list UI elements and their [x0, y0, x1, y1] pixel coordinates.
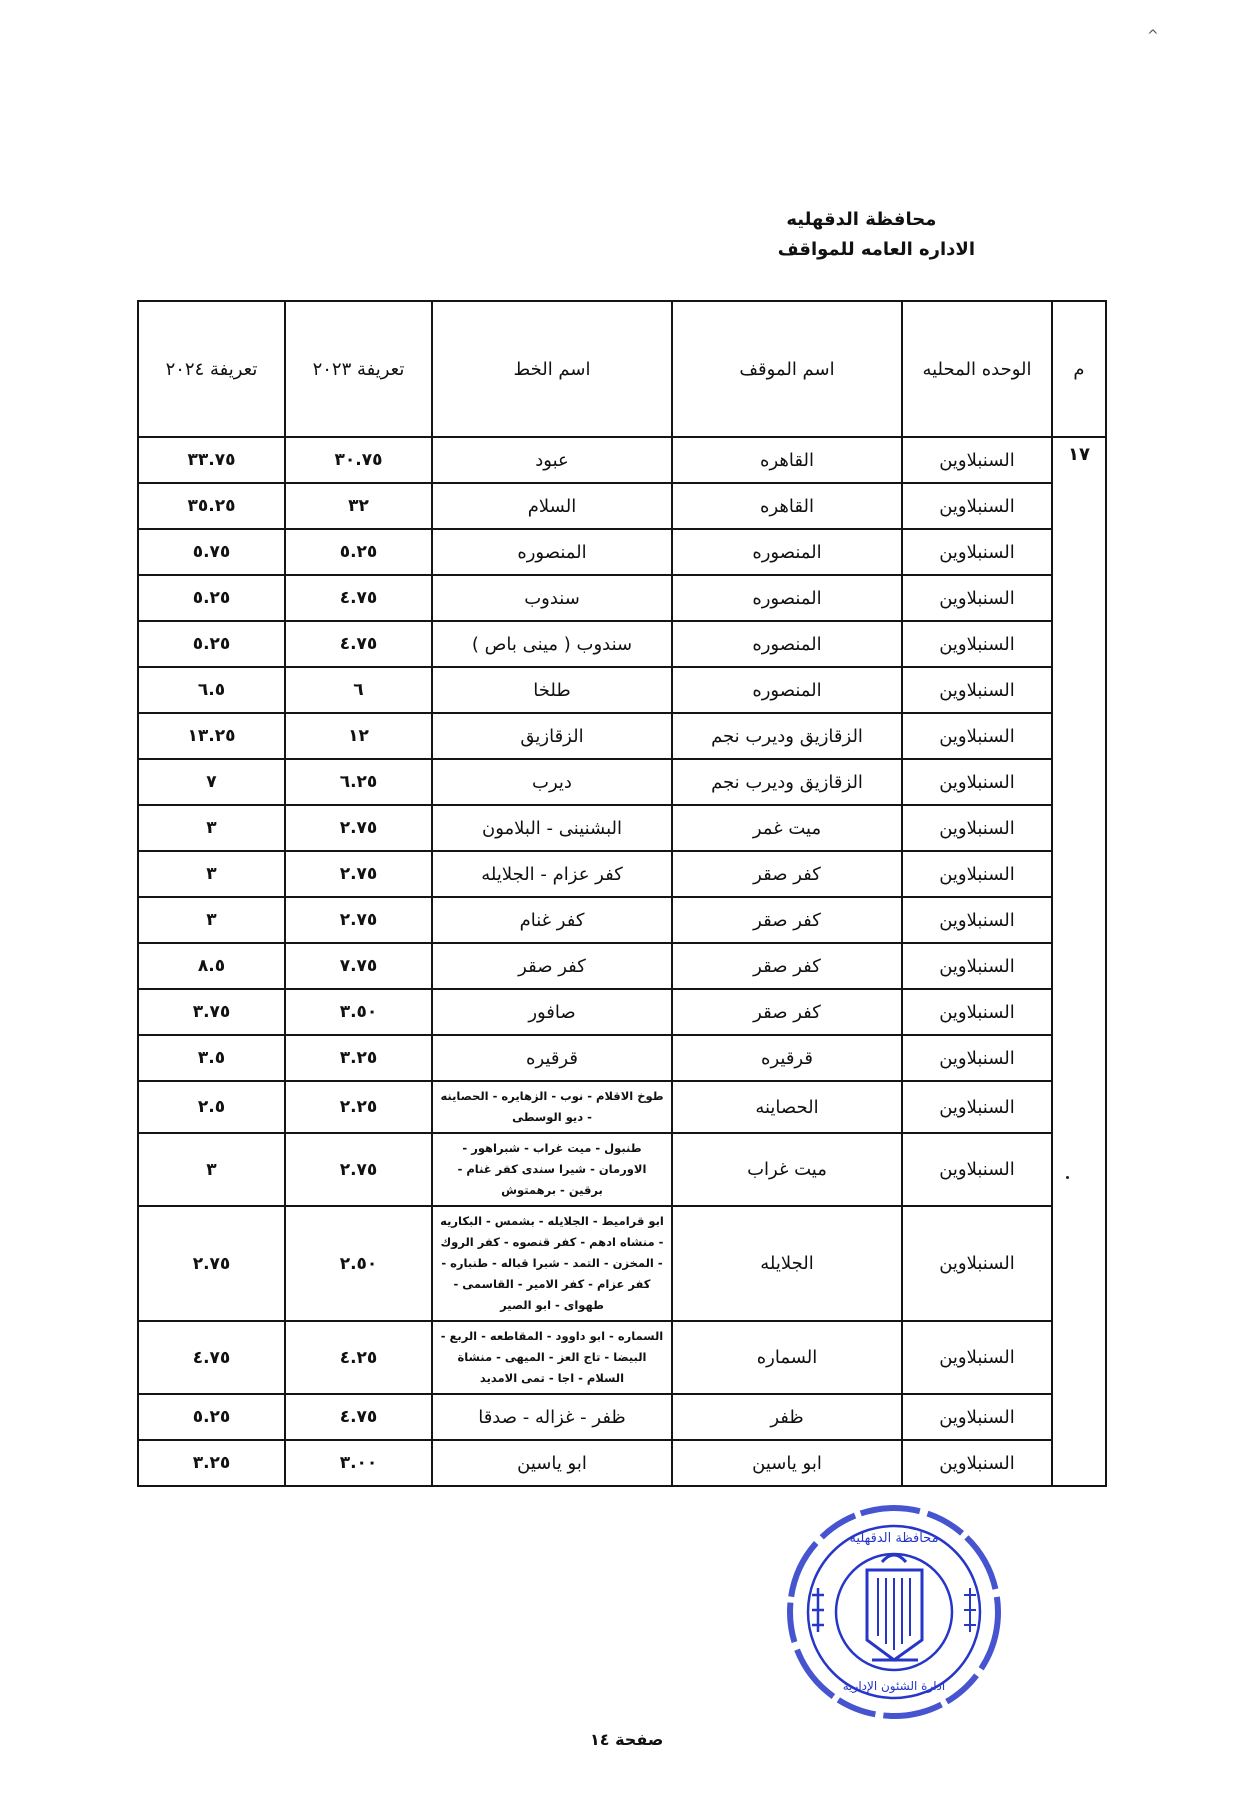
tariff-2024-cell: ٤.٧٥ — [138, 1321, 285, 1394]
tariff-2023-cell: ٣٢ — [285, 483, 432, 529]
stop-name-cell: الحصاينه — [672, 1081, 902, 1133]
tariff-2024-cell: ٦.٥ — [138, 667, 285, 713]
tariff-2024-cell: ٣٥.٢٥ — [138, 483, 285, 529]
tariff-2024-cell: ١٣.٢٥ — [138, 713, 285, 759]
stop-name-cell: كفر صقر — [672, 989, 902, 1035]
stop-name-cell: الجلايله — [672, 1206, 902, 1321]
department-title: الاداره العامه للمواقف — [778, 235, 975, 265]
tariff-2024-cell: ٣.٢٥ — [138, 1440, 285, 1486]
stop-name-cell: السماره — [672, 1321, 902, 1394]
stray-dot — [1066, 1176, 1069, 1179]
stop-name-cell: المنصوره — [672, 529, 902, 575]
tariff-2023-cell: ٢.٧٥ — [285, 851, 432, 897]
local-unit-cell: السنبلاوين — [902, 1081, 1052, 1133]
scan-mark: ^ — [1147, 28, 1159, 44]
tariff-2024-cell: ٥.٢٥ — [138, 621, 285, 667]
local-unit-cell: السنبلاوين — [902, 943, 1052, 989]
governorate-title: محافظة الدقهليه — [778, 205, 945, 235]
col-header-serial: م — [1052, 301, 1106, 437]
tariff-2023-cell: ٤.٧٥ — [285, 621, 432, 667]
col-header-tariff-2023: تعريفة ٢٠٢٣ — [285, 301, 432, 437]
stop-name-cell: المنصوره — [672, 667, 902, 713]
tariff-2023-cell: ٣.٠٠ — [285, 1440, 432, 1486]
tariff-2023-cell: ٤.٧٥ — [285, 575, 432, 621]
line-name-cell: ابو قراميط - الجلايله - بشمس - البكاريه … — [432, 1206, 672, 1321]
tariff-2023-cell: ٤.٢٥ — [285, 1321, 432, 1394]
table-row: السنبلاوينقرقيرهقرقيره٣.٢٥٣.٥ — [138, 1035, 1106, 1081]
stop-name-cell: كفر صقر — [672, 943, 902, 989]
line-name-cell: طنبول - ميت غراب - شبراهور - الاورمان - … — [432, 1133, 672, 1206]
page-number: صفحة ١٤ — [590, 1730, 663, 1749]
line-name-cell: الزقازيق — [432, 713, 672, 759]
document-header: محافظة الدقهليه الاداره العامه للمواقف — [778, 205, 975, 265]
line-name-cell: قرقيره — [432, 1035, 672, 1081]
local-unit-cell: السنبلاوين — [902, 575, 1052, 621]
line-name-cell: ابو ياسين — [432, 1440, 672, 1486]
line-name-cell: كفر عزام - الجلايله — [432, 851, 672, 897]
table-row: السنبلاوينظفرظفر - غزاله - صدقا٤.٧٥٥.٢٥ — [138, 1394, 1106, 1440]
tariff-2024-cell: ٢.٥ — [138, 1081, 285, 1133]
tariff-2024-cell: ٣٣.٧٥ — [138, 437, 285, 483]
line-name-cell: كفر غنام — [432, 897, 672, 943]
tariff-2024-cell: ٥.٧٥ — [138, 529, 285, 575]
tariff-2023-cell: ٦.٢٥ — [285, 759, 432, 805]
stop-name-cell: القاهره — [672, 483, 902, 529]
col-header-local-unit: الوحده المحليه — [902, 301, 1052, 437]
line-name-cell: ديرب — [432, 759, 672, 805]
svg-text:محافظة الدقهلية: محافظة الدقهلية — [849, 1531, 938, 1546]
tariff-2023-cell: ٧.٧٥ — [285, 943, 432, 989]
line-name-cell: صافور — [432, 989, 672, 1035]
tariff-2023-cell: ٣.٥٠ — [285, 989, 432, 1035]
tariff-2024-cell: ٣ — [138, 897, 285, 943]
official-stamp-icon: محافظة الدقهلية ادارة الشئون الإدارية — [772, 1500, 1012, 1730]
stop-name-cell: القاهره — [672, 437, 902, 483]
table-row: السنبلاوينالمنصورهسندوب٤.٧٥٥.٢٥ — [138, 575, 1106, 621]
local-unit-cell: السنبلاوين — [902, 1321, 1052, 1394]
line-name-cell: السلام — [432, 483, 672, 529]
line-name-cell: ظفر - غزاله - صدقا — [432, 1394, 672, 1440]
local-unit-cell: السنبلاوين — [902, 851, 1052, 897]
table-header-row: م الوحده المحليه اسم الموقف اسم الخط تعر… — [138, 301, 1106, 437]
stop-name-cell: كفر صقر — [672, 851, 902, 897]
tariff-table: م الوحده المحليه اسم الموقف اسم الخط تعر… — [137, 300, 1107, 1487]
table-row: ١٧السنبلاوينالقاهرهعبود٣٠.٧٥٣٣.٧٥ — [138, 437, 1106, 483]
local-unit-cell: السنبلاوين — [902, 713, 1052, 759]
stop-name-cell: الزقازيق وديرب نجم — [672, 713, 902, 759]
local-unit-cell: السنبلاوين — [902, 621, 1052, 667]
line-name-cell: طوخ الاقلام - نوب - الزهايره - الحصاينه … — [432, 1081, 672, 1133]
local-unit-cell: السنبلاوين — [902, 1206, 1052, 1321]
table-row: السنبلاوينالحصاينهطوخ الاقلام - نوب - ال… — [138, 1081, 1106, 1133]
line-name-cell: سندوب ( مينى باص ) — [432, 621, 672, 667]
local-unit-cell: السنبلاوين — [902, 1440, 1052, 1486]
tariff-2023-cell: ١٢ — [285, 713, 432, 759]
tariff-2024-cell: ٧ — [138, 759, 285, 805]
serial-number: ١٧ — [1052, 437, 1106, 1486]
table-row: السنبلاوينالمنصورهطلخا٦٦.٥ — [138, 667, 1106, 713]
local-unit-cell: السنبلاوين — [902, 1133, 1052, 1206]
col-header-line-name: اسم الخط — [432, 301, 672, 437]
stop-name-cell: المنصوره — [672, 621, 902, 667]
stop-name-cell: الزقازيق وديرب نجم — [672, 759, 902, 805]
table-row: السنبلاوينكفر صقرصافور٣.٥٠٣.٧٥ — [138, 989, 1106, 1035]
tariff-2023-cell: ٢.٧٥ — [285, 897, 432, 943]
table-row: السنبلاوينكفر صقركفر غنام٢.٧٥٣ — [138, 897, 1106, 943]
table-row: السنبلاوينكفر صقركفر صقر٧.٧٥٨.٥ — [138, 943, 1106, 989]
table-row: السنبلاوينكفر صقركفر عزام - الجلايله٢.٧٥… — [138, 851, 1106, 897]
stop-name-cell: كفر صقر — [672, 897, 902, 943]
stop-name-cell: المنصوره — [672, 575, 902, 621]
local-unit-cell: السنبلاوين — [902, 529, 1052, 575]
tariff-2024-cell: ٣ — [138, 1133, 285, 1206]
tariff-2023-cell: ٣٠.٧٥ — [285, 437, 432, 483]
tariff-2024-cell: ٨.٥ — [138, 943, 285, 989]
line-name-cell: البشنينى - البلامون — [432, 805, 672, 851]
tariff-2024-cell: ٣ — [138, 851, 285, 897]
stop-name-cell: ميت غراب — [672, 1133, 902, 1206]
col-header-tariff-2024: تعريفة ٢٠٢٤ — [138, 301, 285, 437]
svg-text:ادارة الشئون الإدارية: ادارة الشئون الإدارية — [843, 1679, 945, 1694]
tariff-2023-cell: ٢.٢٥ — [285, 1081, 432, 1133]
table-row: السنبلاوينميت غرابطنبول - ميت غراب - شبر… — [138, 1133, 1106, 1206]
table-row: السنبلاوينميت غمرالبشنينى - البلامون٢.٧٥… — [138, 805, 1106, 851]
table-row: السنبلاوينالمنصورهالمنصوره٥.٢٥٥.٧٥ — [138, 529, 1106, 575]
tariff-2023-cell: ٦ — [285, 667, 432, 713]
stop-name-cell: قرقيره — [672, 1035, 902, 1081]
table-row: السنبلاوينالجلايلهابو قراميط - الجلايله … — [138, 1206, 1106, 1321]
local-unit-cell: السنبلاوين — [902, 989, 1052, 1035]
tariff-2023-cell: ٢.٥٠ — [285, 1206, 432, 1321]
local-unit-cell: السنبلاوين — [902, 483, 1052, 529]
table-row: السنبلاوينابو ياسينابو ياسين٣.٠٠٣.٢٥ — [138, 1440, 1106, 1486]
table-row: السنبلاوينالمنصورهسندوب ( مينى باص )٤.٧٥… — [138, 621, 1106, 667]
tariff-2024-cell: ٣.٧٥ — [138, 989, 285, 1035]
line-name-cell: كفر صقر — [432, 943, 672, 989]
local-unit-cell: السنبلاوين — [902, 759, 1052, 805]
line-name-cell: المنصوره — [432, 529, 672, 575]
tariff-2024-cell: ٢.٧٥ — [138, 1206, 285, 1321]
local-unit-cell: السنبلاوين — [902, 437, 1052, 483]
stop-name-cell: ابو ياسين — [672, 1440, 902, 1486]
tariff-2024-cell: ٣.٥ — [138, 1035, 285, 1081]
table-row: السنبلاوينالقاهرهالسلام٣٢٣٥.٢٥ — [138, 483, 1106, 529]
stop-name-cell: ظفر — [672, 1394, 902, 1440]
local-unit-cell: السنبلاوين — [902, 667, 1052, 713]
tariff-2024-cell: ٣ — [138, 805, 285, 851]
tariff-2023-cell: ٥.٢٥ — [285, 529, 432, 575]
tariff-2023-cell: ٢.٧٥ — [285, 805, 432, 851]
tariff-2024-cell: ٥.٢٥ — [138, 575, 285, 621]
line-name-cell: طلخا — [432, 667, 672, 713]
col-header-stop-name: اسم الموقف — [672, 301, 902, 437]
stop-name-cell: ميت غمر — [672, 805, 902, 851]
tariff-2024-cell: ٥.٢٥ — [138, 1394, 285, 1440]
tariff-2023-cell: ٢.٧٥ — [285, 1133, 432, 1206]
local-unit-cell: السنبلاوين — [902, 1035, 1052, 1081]
line-name-cell: السماره - ابو داوود - المقاطعه - الربع -… — [432, 1321, 672, 1394]
line-name-cell: سندوب — [432, 575, 672, 621]
table-row: السنبلاوينالزقازيق وديرب نجمالزقازيق١٢١٣… — [138, 713, 1106, 759]
tariff-2023-cell: ٣.٢٥ — [285, 1035, 432, 1081]
local-unit-cell: السنبلاوين — [902, 897, 1052, 943]
table-row: السنبلاوينالزقازيق وديرب نجمديرب٦.٢٥٧ — [138, 759, 1106, 805]
tariff-2023-cell: ٤.٧٥ — [285, 1394, 432, 1440]
line-name-cell: عبود — [432, 437, 672, 483]
table-row: السنبلاوينالسمارهالسماره - ابو داوود - ا… — [138, 1321, 1106, 1394]
local-unit-cell: السنبلاوين — [902, 1394, 1052, 1440]
local-unit-cell: السنبلاوين — [902, 805, 1052, 851]
